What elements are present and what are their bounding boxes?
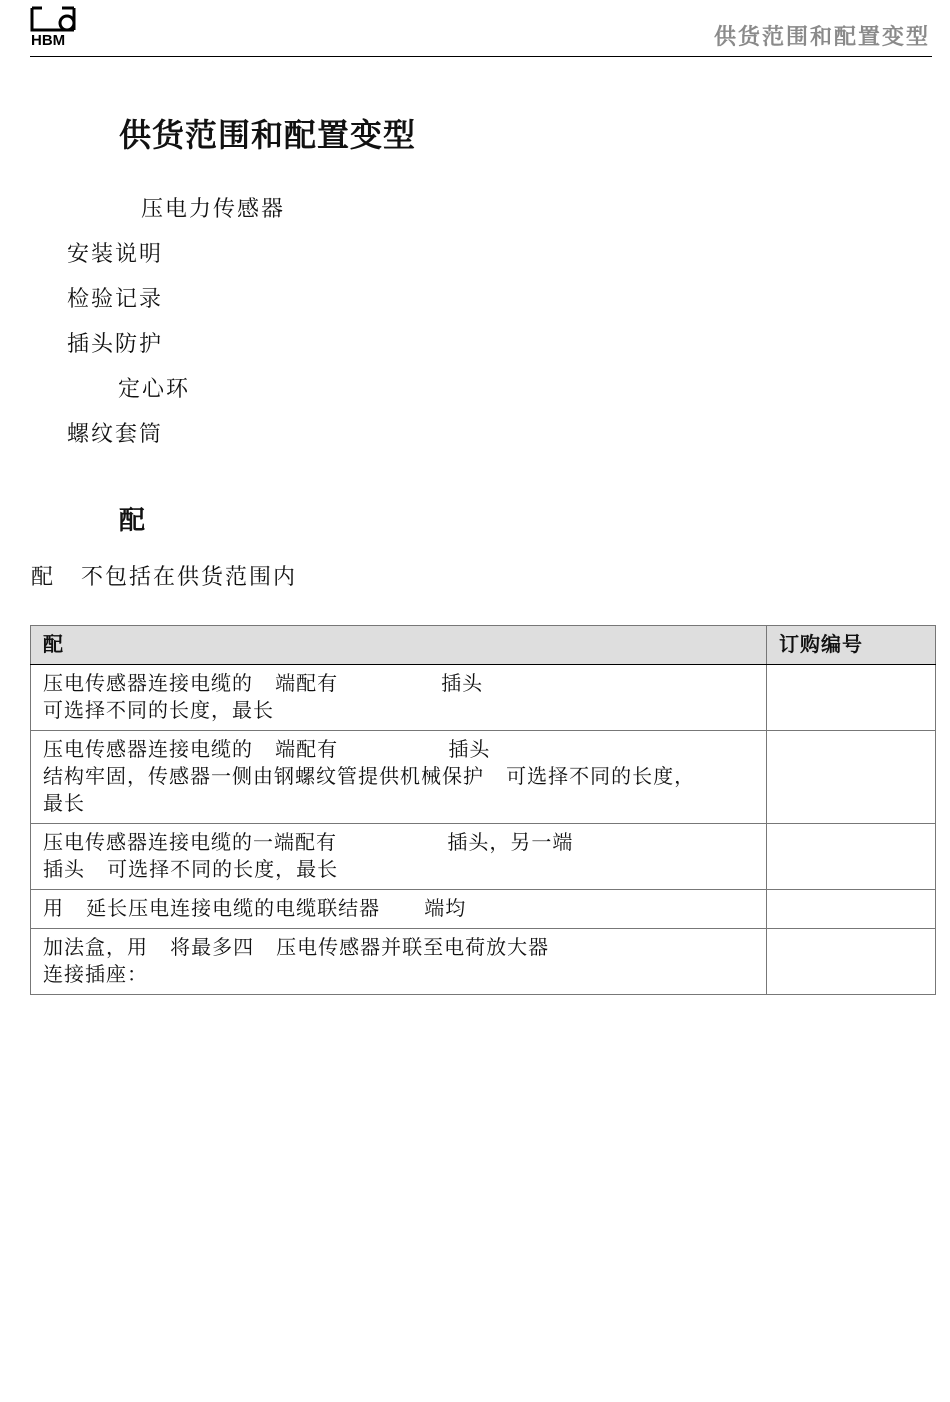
accessories-note: 配不包括在供货范围内 bbox=[31, 560, 297, 591]
cell-line: 压电传感器连接电缆的 端配有 插头 bbox=[43, 736, 754, 763]
table-row: 压电传感器连接电缆的 端配有 插头 可选择不同的长度，最长 bbox=[31, 665, 936, 731]
description-cell: 压电传感器连接电缆的 端配有 插头 结构牢固，传感器一侧由钢螺纹管提供机械保护 … bbox=[31, 731, 767, 824]
section-title-accessories: 配 bbox=[119, 500, 145, 537]
description-cell: 加法盒，用 将最多四 压电传感器并联至电荷放大器 连接插座： bbox=[31, 929, 767, 995]
page-title: 供货范围和配置变型 bbox=[119, 110, 416, 156]
cell-line: 最长 bbox=[43, 790, 754, 817]
note-prefix: 配 bbox=[31, 565, 55, 590]
hbm-logo: HBM bbox=[30, 6, 76, 46]
order-number-cell bbox=[767, 824, 936, 890]
scope-item: 检验记录 bbox=[67, 282, 163, 313]
note-text: 不包括在供货范围内 bbox=[81, 565, 297, 590]
description-cell: 用 延长压电连接电缆的电缆联结器 端均 bbox=[31, 890, 767, 929]
description-cell: 压电传感器连接电缆的一端配有 插头，另一端 插头 可选择不同的长度，最长 bbox=[31, 824, 767, 890]
table-row: 用 延长压电连接电缆的电缆联结器 端均 bbox=[31, 890, 936, 929]
column-header-description: 配 bbox=[31, 626, 767, 665]
table-row: 加法盒，用 将最多四 压电传感器并联至电荷放大器 连接插座： bbox=[31, 929, 936, 995]
column-header-order-number: 订购编号 bbox=[767, 626, 936, 665]
order-number-cell bbox=[767, 665, 936, 731]
scope-item: 压电力传感器 bbox=[141, 192, 285, 223]
cell-line: 用 延长压电连接电缆的电缆联结器 端均 bbox=[43, 895, 754, 922]
order-number-cell bbox=[767, 731, 936, 824]
table-row: 压电传感器连接电缆的一端配有 插头，另一端 插头 可选择不同的长度，最长 bbox=[31, 824, 936, 890]
order-number-cell bbox=[767, 929, 936, 995]
cell-line: 结构牢固，传感器一侧由钢螺纹管提供机械保护 可选择不同的长度， bbox=[43, 763, 754, 790]
cell-line: 可选择不同的长度，最长 bbox=[43, 697, 754, 724]
cell-line: 压电传感器连接电缆的 端配有 插头 bbox=[43, 670, 754, 697]
scope-item: 安装说明 bbox=[67, 237, 163, 268]
cell-line: 连接插座： bbox=[43, 961, 754, 988]
cell-line: 插头 可选择不同的长度，最长 bbox=[43, 856, 754, 883]
scope-item: 定心环 bbox=[118, 372, 190, 403]
cell-line: 压电传感器连接电缆的一端配有 插头，另一端 bbox=[43, 829, 754, 856]
svg-text:HBM: HBM bbox=[31, 32, 65, 46]
description-cell: 压电传感器连接电缆的 端配有 插头 可选择不同的长度，最长 bbox=[31, 665, 767, 731]
scope-item: 螺纹套筒 bbox=[67, 417, 163, 448]
running-header-title: 供货范围和配置变型 bbox=[714, 20, 930, 51]
accessories-table: 配 订购编号 压电传感器连接电缆的 端配有 插头 可选择不同的长度，最长 压电传… bbox=[30, 625, 936, 995]
order-number-cell bbox=[767, 890, 936, 929]
table-row: 压电传感器连接电缆的 端配有 插头 结构牢固，传感器一侧由钢螺纹管提供机械保护 … bbox=[31, 731, 936, 824]
scope-item: 插头防护 bbox=[67, 327, 163, 358]
table-header-row: 配 订购编号 bbox=[31, 626, 936, 665]
header-divider bbox=[30, 56, 932, 57]
cell-line: 加法盒，用 将最多四 压电传感器并联至电荷放大器 bbox=[43, 934, 754, 961]
hbm-logo-icon: HBM bbox=[30, 6, 76, 46]
